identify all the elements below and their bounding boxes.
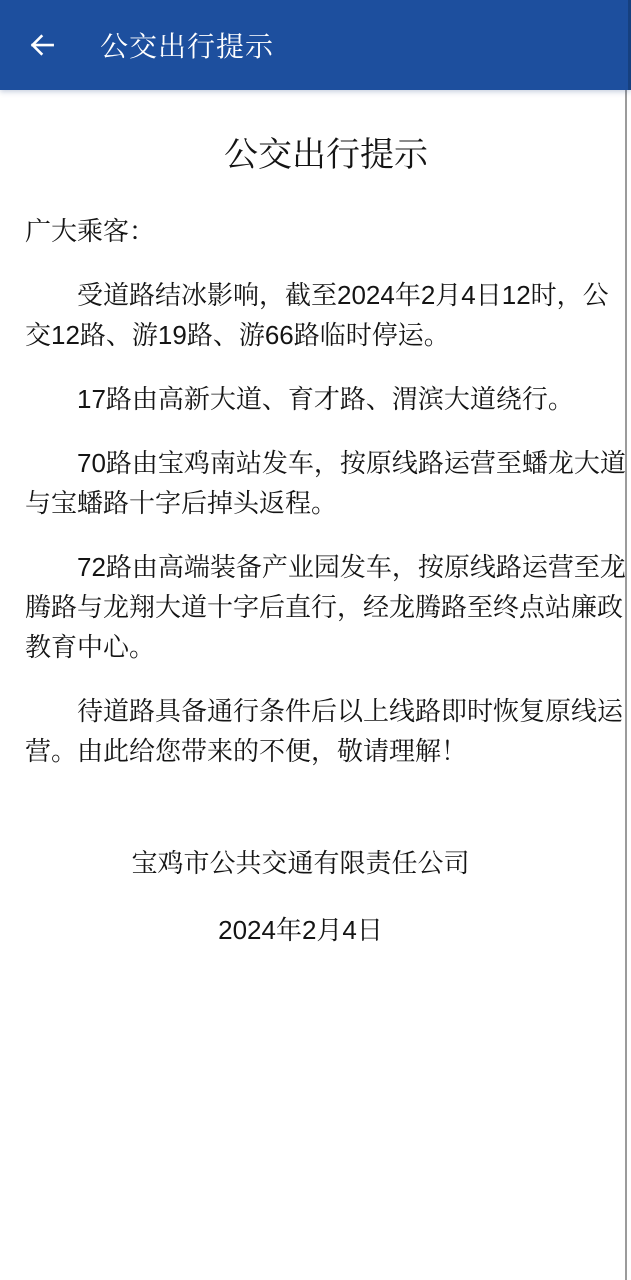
notice-paragraph: 待道路具备通行条件后以上线路即时恢复原线运营。由此给您带来的不便，敬请理解！ [25,691,627,771]
scrollbar-track-line [625,90,627,1280]
back-button[interactable] [14,17,70,73]
notice-content: 公交出行提示 广大乘客： 受道路结冰影响，截至2024年2月4日12时，公交12… [0,90,631,950]
notice-paragraph: 70路由宝鸡南站发车，按原线路运营至蟠龙大道与宝蟠路十字后掉头返程。 [25,443,627,523]
notice-paragraph: 17路由高新大道、育才路、渭滨大道绕行。 [25,379,627,419]
notice-paragraph: 72路由高端装备产业园发车，按原线路运营至龙腾路与龙翔大道十字后直行，经龙腾路至… [25,547,627,667]
header-title: 公交出行提示 [100,25,274,65]
notice-date: 2024年2月4日 [25,910,576,950]
notice-title: 公交出行提示 [25,133,627,177]
bus-notice-screen: 公交出行提示 公交出行提示 广大乘客： 受道路结冰影响，截至2024年2月4日1… [0,0,631,1280]
notice-paragraph: 受道路结冰影响，截至2024年2月4日12时，公交12路、游19路、游66路临时… [25,275,627,355]
signature-block: 宝鸡市公共交通有限责任公司 2024年2月4日 [25,843,627,950]
company-name: 宝鸡市公共交通有限责任公司 [25,843,576,883]
salutation: 广大乘客： [25,211,627,251]
app-header: 公交出行提示 [0,0,631,90]
back-arrow-icon [27,30,57,60]
